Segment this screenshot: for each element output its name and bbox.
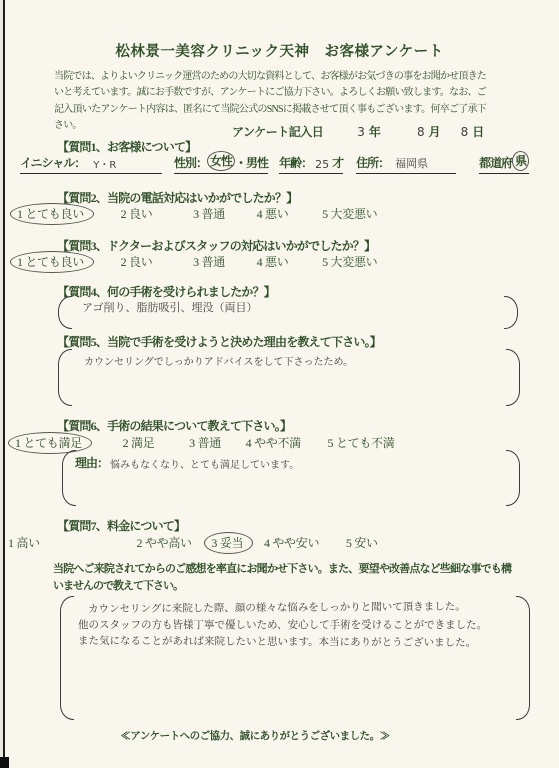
age-unit: 才 [332, 154, 343, 171]
q3-option-1-circled: 1 とても良い [10, 251, 94, 273]
feedback-prompt: 当院へご来院されてからのご感想を率直にお聞かせ下さい。また、要望や改善点など些細… [53, 561, 511, 594]
age-value-handwritten: 25 [315, 158, 329, 171]
q6-reason-box: 理由： 悩みもなくなり、とても満足しています。 [62, 450, 520, 506]
feedback-line-2-handwritten: 他のスタッフの方も皆様丁寧で優しいため、安心して手術を受けることができました。 [78, 617, 487, 632]
q5-header: 【質問5、当院で手術を受けようと決めた理由を教えて下さい。】 [57, 333, 381, 350]
q4-answer-handwritten: アゴ削り、脂肪吸引、埋没（両目） [82, 299, 257, 315]
q2-option-3: 3 普通 [193, 205, 225, 222]
q2-option-1-circled: 1 とても良い [10, 203, 94, 225]
date-year-unit: 年 [369, 125, 381, 139]
age-label: 年齢： [279, 154, 312, 171]
q6-reason-handwritten: 悩みもなくなり、とても満足しています。 [110, 456, 299, 471]
q6-option-3: 3 普通 [189, 434, 221, 451]
q5-answer-box: カウンセリングでしっかりアドバイスをして下さったため。 [58, 349, 520, 406]
q6-reason-label: 理由： [75, 454, 108, 471]
q7-option-4: 4 やや安い [264, 534, 319, 551]
q3-option-4: 4 悪い [257, 253, 289, 270]
page-title: 松林景一美容クリニック天神 お客様アンケート [0, 40, 559, 61]
q5-answer-handwritten: カウンセリングでしっかりアドバイスをして下さったため。 [84, 353, 353, 368]
q7-option-3-circled: 3 妥当 [204, 532, 253, 554]
prefecture-prefix: 都道府 [479, 154, 512, 171]
gender-separator: ・ [235, 154, 246, 171]
closing-message: ≪アンケートへのご協力、誠にありがとうございました。≫ [0, 728, 510, 743]
initial-field: イニシャル： Y・R [20, 154, 162, 174]
age-field: 年齢： 25 才 [279, 154, 343, 174]
date-day-unit: 日 [472, 125, 484, 139]
prefecture-field: 都道府 県 [479, 151, 529, 174]
q7-option-5: 5 安い [346, 534, 378, 551]
address-label: 住所： [356, 154, 389, 171]
feedback-comments-box: カウンセリングに来院した際、顔の様々な悩みをしっかりと聞いて頂きました。 他のス… [60, 596, 530, 720]
survey-date-line: アンケート記入日3 年8 月8 日 [232, 123, 484, 139]
q3-options-row: 1 とても良い 2 良い 3 普通 4 悪い 5 大変悪い [10, 251, 377, 273]
q6-option-2: 2 満足 [123, 434, 155, 451]
date-day-value-handwritten: 8 [461, 125, 469, 139]
address-value-handwritten: 福岡県 [395, 155, 428, 171]
q1-fields-row: イニシャル： Y・R 性別： 女性 ・ 男性 年齢： 25 才 住所： 福岡県 … [20, 152, 529, 174]
q4-answer-box: アゴ削り、脂肪吸引、埋没（両目） [58, 296, 518, 329]
feedback-line-1-handwritten: カウンセリングに来院した際、顔の様々な悩みをしっかりと聞いて頂きました。 [88, 599, 466, 617]
q2-option-2: 2 良い [121, 205, 153, 222]
date-month-unit: 月 [429, 125, 441, 139]
q7-option-2: 2 やや高い [137, 534, 192, 551]
q3-option-3: 3 普通 [193, 253, 225, 270]
initial-label: イニシャル： [20, 154, 85, 171]
gender-selected-circled: 女性 [207, 151, 235, 171]
q7-option-1: 1 高い [8, 534, 40, 551]
q3-option-5: 5 大変悪い [322, 253, 377, 270]
scanned-survey-page: 松林景一美容クリニック天神 お客様アンケート 当院では、よりよいクリニック運営の… [0, 0, 559, 768]
feedback-line-3-handwritten: また気になることがあれば来院したいと思います。本当にありがとうございました。 [78, 633, 476, 650]
date-label: アンケート記入日 [232, 125, 323, 139]
q6-option-5: 5 とても不満 [328, 434, 395, 451]
q2-options-row: 1 とても良い 2 良い 3 普通 4 悪い 5 大変悪い [10, 203, 377, 225]
address-field: 住所： 福岡県 [356, 154, 456, 174]
q3-option-2: 2 良い [121, 253, 153, 270]
scan-edge-line [3, 0, 5, 768]
q6-option-4: 4 やや不満 [246, 434, 301, 451]
prefecture-circled: 県 [512, 151, 529, 171]
initial-value-handwritten: Y・R [93, 156, 116, 171]
q7-options-row: 1 高い 2 やや高い 3 妥当 4 やや安い 5 安い [8, 532, 378, 554]
gender-other: 男性 [246, 154, 268, 171]
date-year-value-handwritten: 3 [357, 125, 365, 139]
q2-option-5: 5 大変悪い [322, 205, 377, 222]
scan-corner-artifact [0, 757, 9, 768]
gender-field: 性別： 女性 ・ 男性 [174, 151, 268, 174]
date-month-value-handwritten: 8 [417, 125, 425, 139]
gender-label: 性別： [174, 154, 207, 171]
q2-option-4: 4 悪い [257, 205, 289, 222]
